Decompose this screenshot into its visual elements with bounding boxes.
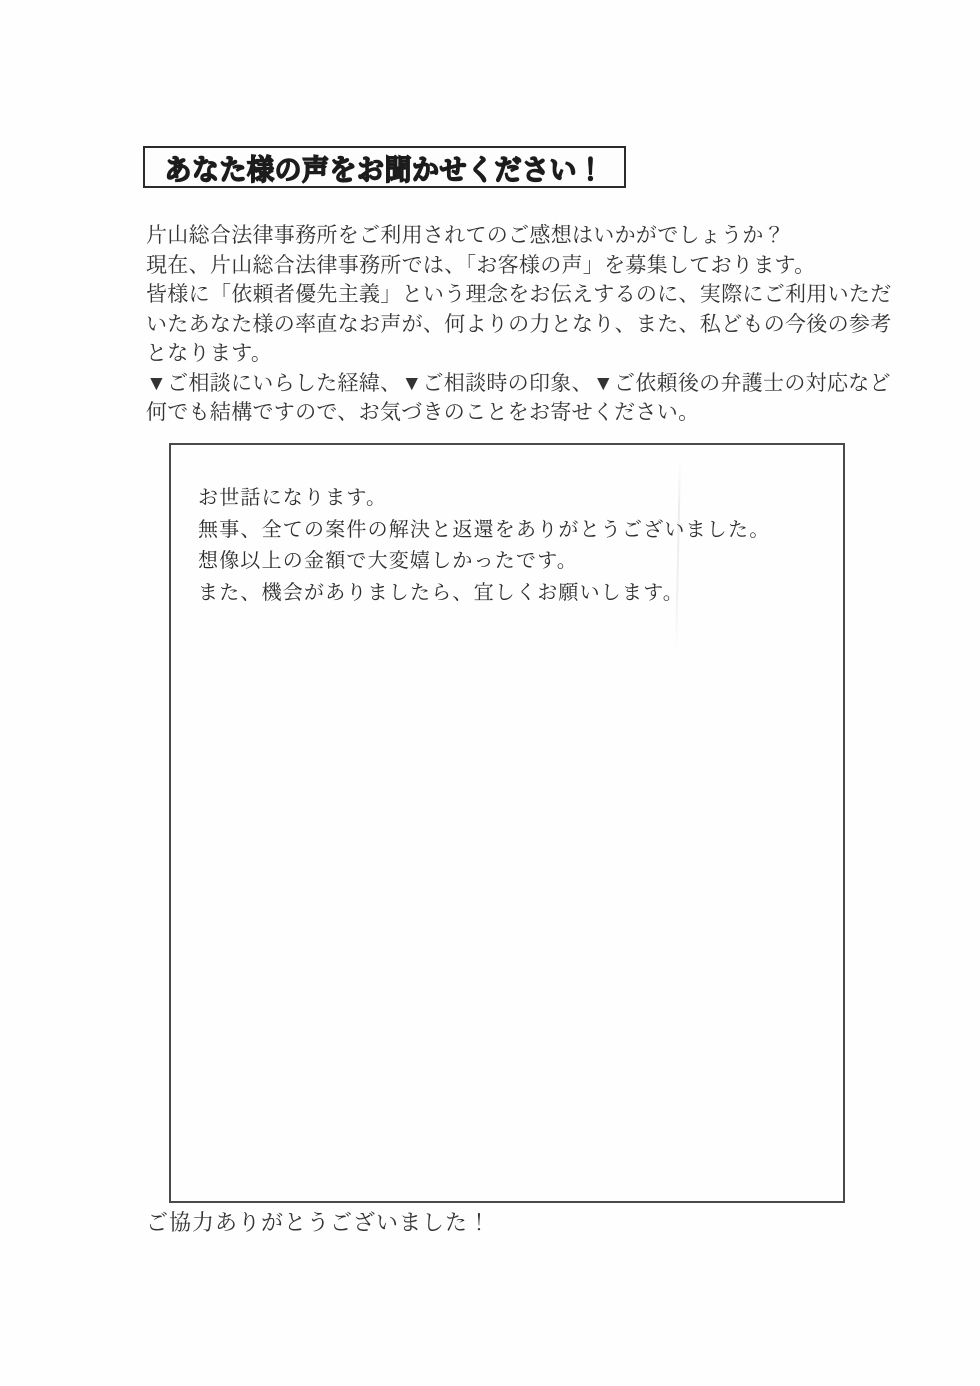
intro-line: 片山総合法律事務所をご利用されてのご感想はいかがでしょうか？ [146,221,876,251]
customer-comment-text: お世話になります。 無事、全ての案件の解決と返還をありがとうございました。 想像… [198,483,770,609]
page-title: あなた様の声をお聞かせください！ [165,147,605,188]
intro-line: 皆様に「依頼者優先主義」という理念をお伝えするのに、実際にご利用いただ [146,280,876,310]
comment-line: 想像以上の金額で大変嬉しかったです。 [198,546,770,578]
intro-line: いたあなた様の率直なお声が、何よりの力となり、また、私どもの今後の参考 [146,310,876,340]
comment-line: 無事、全ての案件の解決と返還をありがとうございました。 [198,515,770,547]
comment-line: お世話になります。 [198,483,770,515]
scanned-feedback-page: あなた様の声をお聞かせください！ 片山総合法律事務所をご利用されてのご感想はいか… [0,0,980,1386]
intro-line: 現在、片山総合法律事務所では、「お客様の声」を募集しております。 [146,251,876,281]
intro-paragraph: 片山総合法律事務所をご利用されてのご感想はいかがでしょうか？ 現在、片山総合法律… [146,221,876,428]
customer-comment-box: お世話になります。 無事、全ての案件の解決と返還をありがとうございました。 想像… [169,443,845,1203]
comment-line: また、機会がありましたら、宜しくお願いします。 [198,578,770,610]
title-banner: あなた様の声をお聞かせください！ [143,146,626,188]
intro-line: 何でも結構ですので、お気づきのことをお寄せください。 [146,398,876,428]
intro-line: となります。 [146,339,876,369]
intro-line: ▼ご相談にいらした経緯、▼ご相談時の印象、▼ご依頼後の弁護士の対応など [146,369,876,399]
closing-thanks: ご協力ありがとうございました！ [146,1206,491,1237]
